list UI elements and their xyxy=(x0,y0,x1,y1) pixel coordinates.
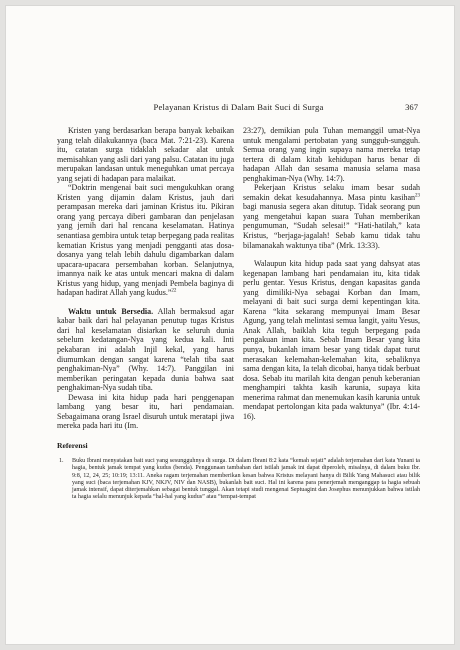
paragraph-text: Allah bermaksud agar kabar baik dari hal… xyxy=(57,307,234,392)
page-content: Pelayanan Kristus di Dalam Bait Suci di … xyxy=(57,102,420,502)
running-header-title: Pelayanan Kristus di Dalam Bait Suci di … xyxy=(57,102,420,112)
paragraph: “Doktrin mengenai bait suci mengukuhkan … xyxy=(57,183,234,298)
running-header: Pelayanan Kristus di Dalam Bait Suci di … xyxy=(57,102,420,116)
reference-text: Buku Ibrani menyatakan bait suci yang se… xyxy=(72,458,420,502)
paragraph-with-run-in-heading: Waktu untuk Bersedia. Allah bermaksud ag… xyxy=(57,307,234,393)
footnote-marker: 22 xyxy=(171,289,176,294)
two-column-body: Kristen yang berdasarkan berapa banyak k… xyxy=(57,126,420,431)
left-column: Kristen yang berdasarkan berapa banyak k… xyxy=(57,126,234,431)
paragraph-text: bagi manusia segera akan ditutup. Tidak … xyxy=(243,202,420,249)
scanned-book-page: Pelayanan Kristus di Dalam Bait Suci di … xyxy=(6,6,454,644)
run-in-heading: Waktu untuk Bersedia. xyxy=(68,307,153,316)
paragraph: Walaupun kita hidup pada saat yang dahsy… xyxy=(243,259,420,421)
right-column: 23:27), demikian pula Tuhan memanggil um… xyxy=(243,126,420,431)
paragraph: Dewasa ini kita hidup pada hari penggena… xyxy=(57,393,234,431)
references-section: Referensi 1. Buku Ibrani menyatakan bait… xyxy=(57,441,420,502)
reference-item: 1. Buku Ibrani menyatakan bait suci yang… xyxy=(57,458,420,502)
references-heading: Referensi xyxy=(57,441,420,450)
paragraph: Pekerjaan Kristus selaku imam besar suda… xyxy=(243,183,420,250)
paragraph-text: Pekerjaan Kristus selaku imam besar suda… xyxy=(243,183,420,202)
paragraph: Kristen yang berdasarkan berapa banyak k… xyxy=(57,126,234,183)
page-number: 367 xyxy=(405,102,418,112)
reference-number: 1. xyxy=(57,458,72,502)
paragraph: 23:27), demikian pula Tuhan memanggil um… xyxy=(243,126,420,183)
paragraph-text: “Doktrin mengenai bait suci mengukuhkan … xyxy=(57,183,234,297)
footnote-marker: 23 xyxy=(415,193,420,198)
